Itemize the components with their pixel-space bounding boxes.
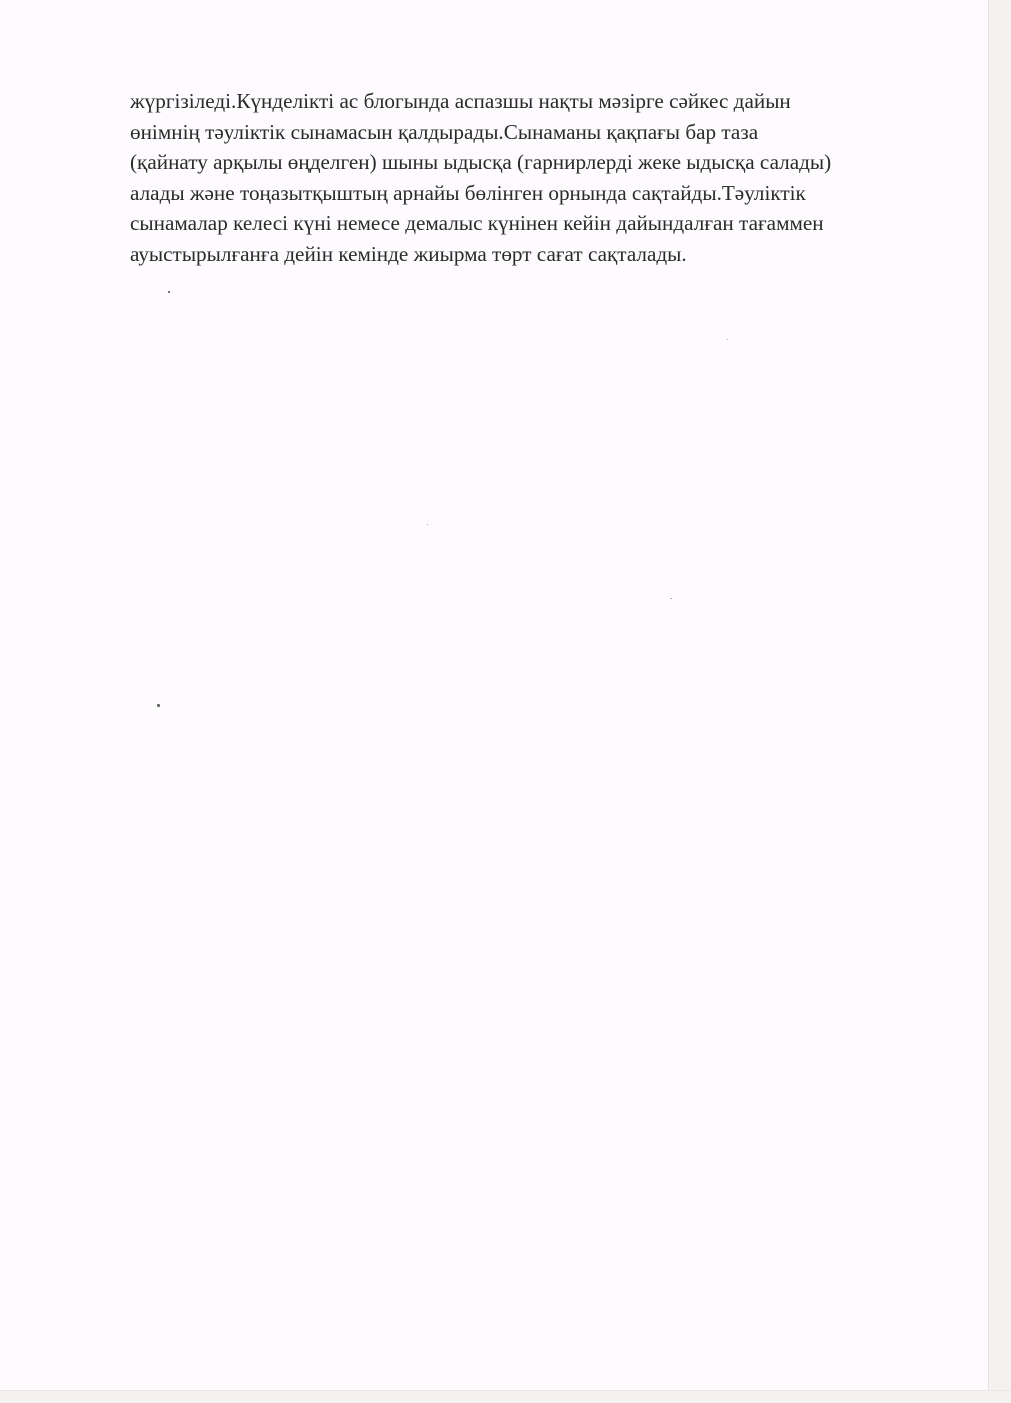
scan-edge-right [988,0,1011,1403]
text-line: ауыстырылғанға дейін кемінде жиырма төрт… [130,239,930,270]
scan-speck [727,339,728,340]
text-line: өнімнің тәуліктік сынамасын қалдырады.Сы… [130,117,930,148]
scan-speck [157,704,160,707]
text-line: алады және тоңазытқыштың арнайы бөлінген… [130,178,930,209]
text-line: жүргізіледі.Күнделікті ас блогында аспаз… [130,86,930,117]
body-paragraph: жүргізіледі.Күнделікті ас блогында аспаз… [130,86,930,269]
scan-speck [168,291,170,293]
text-line: (қайнату арқылы өңделген) шыны ыдысқа (г… [130,147,930,178]
scan-edge-bottom [0,1390,1011,1403]
scanned-page: жүргізіледі.Күнделікті ас блогында аспаз… [0,0,1011,1403]
scan-speck [670,598,672,599]
text-line: сынамалар келесі күні немесе демалыс күн… [130,208,930,239]
scan-speck [427,524,428,525]
